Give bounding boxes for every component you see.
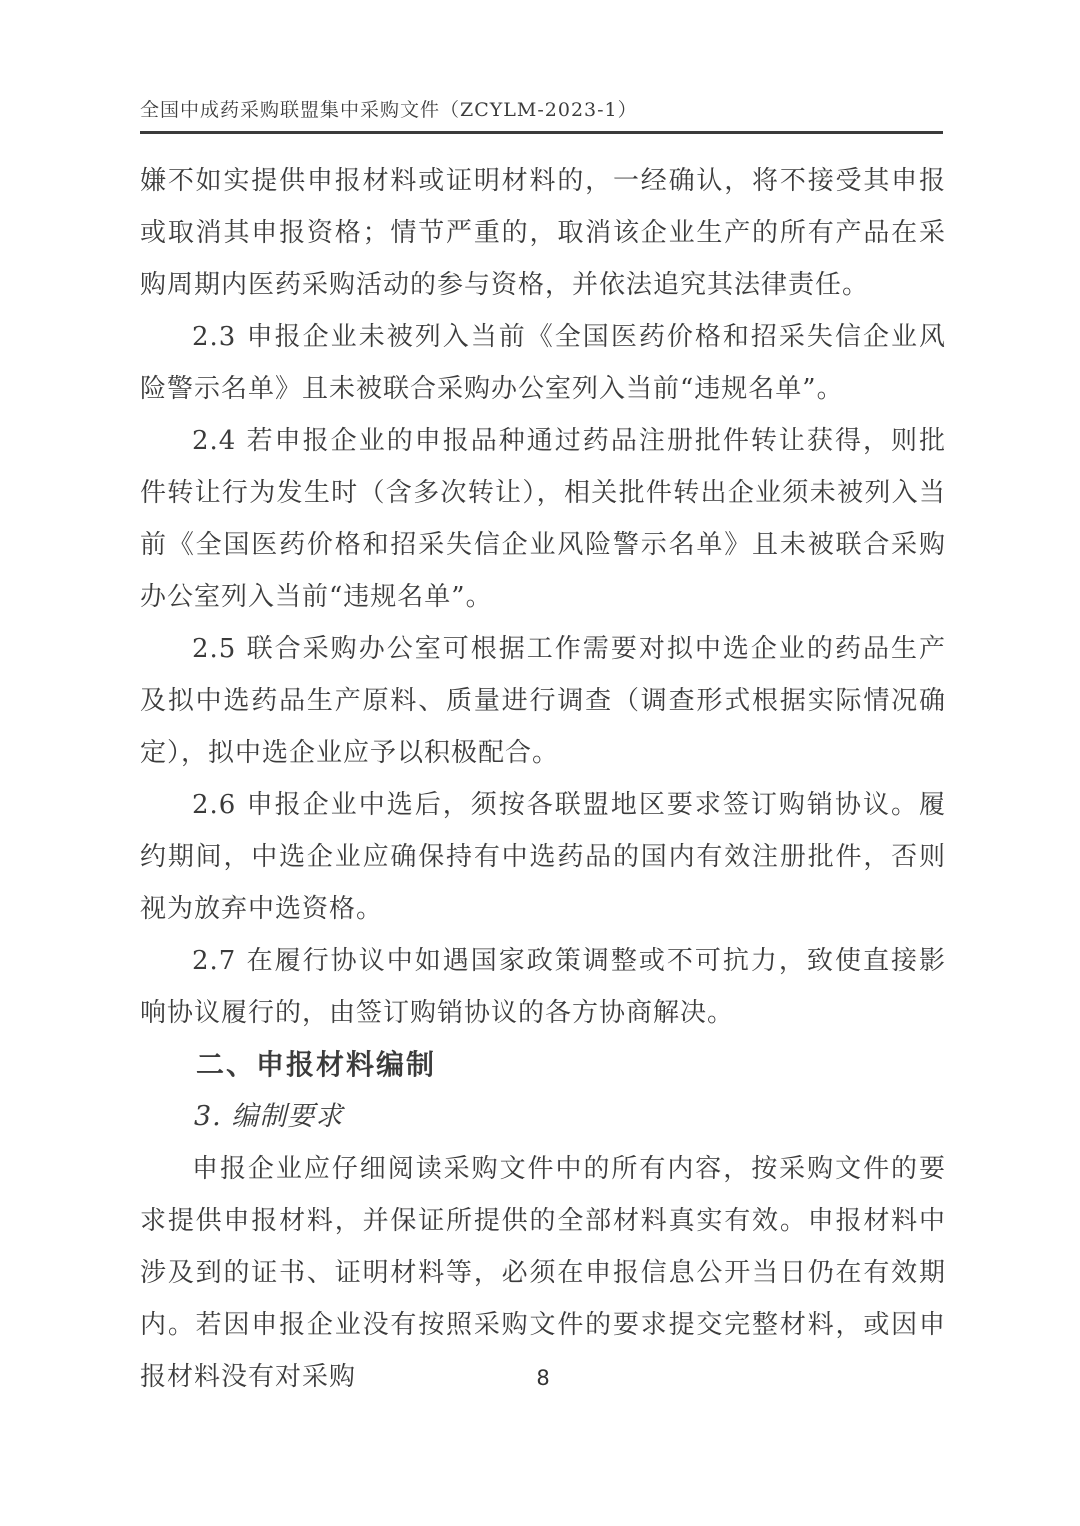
paragraph-continuation: 嫌不如实提供申报材料或证明材料的，一经确认，将不接受其申报或取消其申报资格；情节… [140, 155, 946, 311]
paragraph-clause-2-3: 2.3 申报企业未被列入当前《全国医药价格和招采失信企业风险警示名单》且未被联合… [140, 311, 946, 415]
page-header: 全国中成药采购联盟集中采购文件（ZCYLM-2023-1） [140, 98, 943, 134]
paragraph-clause-2-4: 2.4 若申报企业的申报品种通过药品注册批件转让获得，则批件转让行为发生时（含多… [140, 415, 946, 623]
paragraph-clause-2-7: 2.7 在履行协议中如遇国家政策调整或不可抗力，致使直接影响协议履行的，由签订购… [140, 935, 946, 1039]
paragraph-clause-2-6: 2.6 申报企业中选后，须按各联盟地区要求签订购销协议。履约期间，中选企业应确保… [140, 779, 946, 935]
document-header-title: 全国中成药采购联盟集中采购文件（ZCYLM-2023-1） [140, 98, 943, 122]
document-page: 全国中成药采购联盟集中采购文件（ZCYLM-2023-1） 嫌不如实提供申报材料… [0, 0, 1080, 1526]
section-heading-2: 二、申报材料编制 [140, 1039, 946, 1091]
paragraph-section-3-body: 申报企业应仔细阅读采购文件中的所有内容，按采购文件的要求提供申报材料，并保证所提… [140, 1143, 946, 1403]
document-body: 嫌不如实提供申报材料或证明材料的，一经确认，将不接受其申报或取消其申报资格；情节… [140, 155, 946, 1403]
page-footer: 8 [140, 1366, 946, 1390]
paragraph-clause-2-5: 2.5 联合采购办公室可根据工作需要对拟中选企业的药品生产及拟中选药品生产原料、… [140, 623, 946, 779]
subsection-heading-3: 3. 编制要求 [140, 1091, 946, 1143]
page-number: 8 [536, 1366, 549, 1390]
